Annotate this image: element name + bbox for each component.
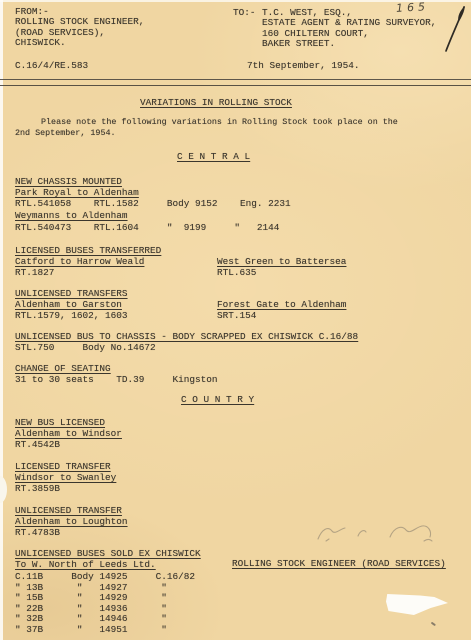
fleet-data-row: RTL.541058 RTL.1582 Body 9152 Eng. 2231 — [15, 199, 291, 210]
route-line: Aldenham to Garston — [15, 300, 122, 311]
handwritten-tick-mark — [442, 4, 469, 57]
route-line: Aldenham to Loughton — [15, 517, 128, 528]
section-heading-central: C E N T R A L — [177, 152, 250, 163]
from-line: ROLLING STOCK ENGINEER, — [15, 17, 144, 28]
route-line: Forest Gate to Aldenham — [217, 300, 346, 311]
sold-bus-row: " 32B " 14946 " — [15, 614, 167, 625]
to-line: ESTATE AGENT & RATING SURVEYOR, — [262, 18, 436, 29]
from-line: CHISWICK. — [15, 38, 66, 49]
buyer-line: To W. North of Leeds Ltd. — [15, 560, 156, 571]
fleet-number: RT.3859B — [15, 484, 60, 495]
new-chassis-heading: NEW CHASSIS MOUNTED — [15, 177, 122, 188]
whiteout-correction-mark — [386, 591, 448, 616]
ink-speck — [431, 622, 436, 626]
scanned-memo-page: FROM:- ROLLING STOCK ENGINEER, (ROAD SER… — [0, 0, 471, 640]
route-line: West Green to Battersea — [217, 257, 346, 268]
fleet-number: RT.4542B — [15, 440, 60, 451]
buses-sold-heading: UNLICENSED BUSES SOLD EX CHISWICK — [15, 549, 201, 560]
licensed-transferred-heading: LICENSED BUSES TRANSFERRED — [15, 246, 161, 257]
fleet-data-row: RTL.540473 RTL.1604 " 9199 " 2144 — [15, 223, 279, 234]
fleet-data-row: STL.750 Body No.14672 — [15, 343, 156, 354]
fleet-number: RT.4783B — [15, 528, 60, 539]
seating-data-row: 31 to 30 seats TD.39 Kingston — [15, 375, 218, 386]
fleet-number: RT.1827 — [15, 268, 54, 279]
licensed-transfer-heading: LICENSED TRANSFER — [15, 462, 111, 473]
handwritten-signature — [312, 515, 437, 552]
route-line: Aldenham to Windsor — [15, 429, 122, 440]
route-line: Windsor to Swanley — [15, 473, 116, 484]
to-label: TO:- — [233, 8, 256, 19]
sold-bus-row: " 37B " 14951 " — [15, 625, 167, 636]
bus-to-chassis-heading: UNLICENSED BUS TO CHASSIS - BODY SCRAPPE… — [15, 332, 358, 343]
reference-number: C.16/4/RE.583 — [15, 61, 88, 72]
new-bus-licensed-heading: NEW BUS LICENSED — [15, 418, 105, 429]
date: 7th September, 1954. — [247, 61, 360, 72]
unlicensed-transfers-heading: UNLICENSED TRANSFERS — [15, 289, 128, 300]
document-title: VARIATIONS IN ROLLING STOCK — [140, 98, 292, 109]
intro-line: 2nd September, 1954. — [15, 128, 116, 139]
header-divider-rule — [0, 79, 471, 86]
route-line: Catford to Harrow Weald — [15, 257, 144, 268]
fleet-number: SRT.154 — [217, 311, 256, 322]
fleet-number: RTL.1579, 1602, 1603 — [15, 311, 128, 322]
scan-left-margin — [0, 0, 3, 640]
fleet-number: RTL.635 — [217, 268, 256, 279]
scan-edge-blob — [0, 476, 7, 503]
route-line: Weymanns to Aldenham — [15, 211, 128, 222]
handwritten-page-number: 165 — [396, 0, 430, 15]
sold-bus-row: C.11B Body 14925 C.16/82 — [15, 572, 195, 583]
section-heading-country: C O U N T R Y — [181, 395, 254, 406]
unlicensed-transfer-heading: UNLICENSED TRANSFER — [15, 506, 122, 517]
intro-line: Please note the following variations in … — [41, 117, 398, 128]
change-of-seating-heading: CHANGE OF SEATING — [15, 364, 111, 375]
route-line: Park Royal to Aldenham — [15, 188, 139, 199]
sold-bus-row: " 15B " 14929 " — [15, 593, 167, 604]
signature-title: ROLLING STOCK ENGINEER (ROAD SERVICES) — [232, 559, 446, 570]
to-line: BAKER STREET. — [262, 39, 335, 50]
